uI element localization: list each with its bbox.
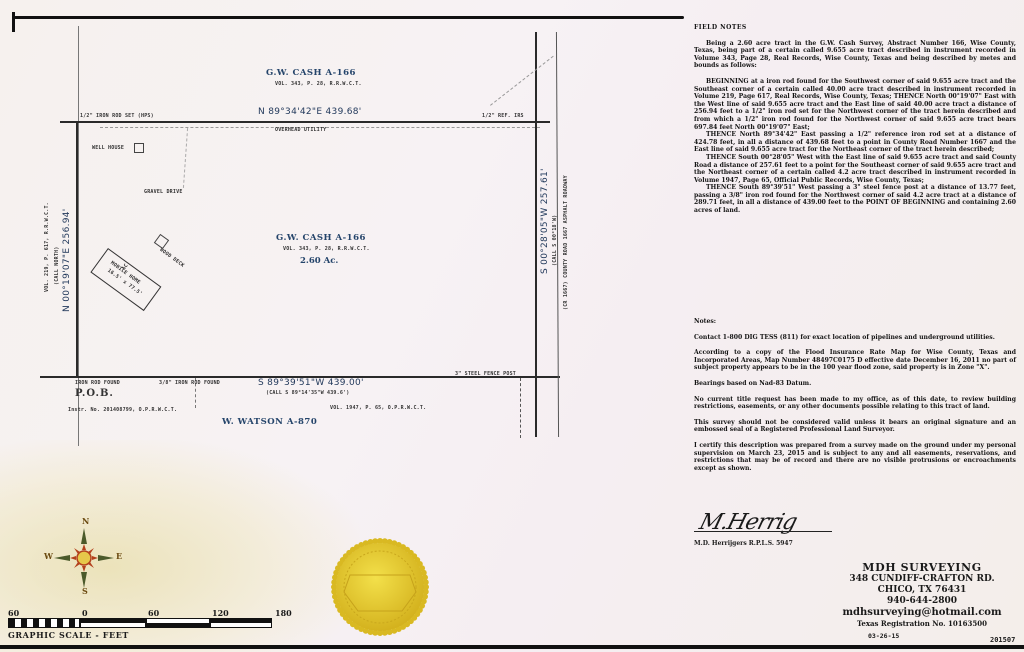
county-road-label: (CR 1667) COUNTY ROAD 1667 ASPHALT ROADW… bbox=[563, 175, 569, 310]
field-notes-para-3: THENCE South 00°28'05" West with the Eas… bbox=[694, 154, 1016, 184]
mobile-home-shape: MOBILE HOME 16.5' x 77.5' bbox=[90, 248, 161, 311]
overhead-utility-label: OVERHEAD UTILITY bbox=[275, 127, 326, 133]
field-notes-heading: FIELD NOTES bbox=[694, 24, 1016, 32]
north-boundary-line bbox=[60, 121, 550, 123]
surveyor-name: M.D. Herrijgers R.P.L.S. 5947 bbox=[694, 540, 793, 547]
notes-heading: Notes: bbox=[694, 318, 1016, 326]
south-abstract-name: W. WATSON A-870 bbox=[222, 417, 317, 427]
wood-deck-label: WOOD DECK bbox=[158, 247, 185, 269]
compass-north: N bbox=[82, 516, 89, 526]
company-phone: 940-644-2800 bbox=[820, 596, 1024, 607]
fence-line bbox=[520, 378, 521, 438]
note-5: I certify this description was prepared … bbox=[694, 442, 1016, 472]
west-line-call: (CALL NORTH) bbox=[54, 246, 60, 285]
field-notes-para-2: THENCE North 89°34'42" East passing a 1/… bbox=[694, 131, 1016, 154]
company-city: CHICO, TX 76431 bbox=[820, 585, 1024, 596]
north-east-monument: 1/2" REF. IRS bbox=[482, 113, 524, 119]
scale-caption: GRAPHIC SCALE - FEET bbox=[8, 630, 129, 640]
field-notes: FIELD NOTES Being a 2.60 acre tract in t… bbox=[694, 24, 1016, 215]
north-west-monument: 1/2" IRON ROD SET (HPS) bbox=[80, 113, 154, 119]
road-curve-line bbox=[490, 56, 554, 106]
west-line-bearing: N 00°19'07"E 256.94' bbox=[62, 208, 72, 312]
scale-bar-checker bbox=[8, 618, 80, 628]
field-notes-para-1: BEGINNING at a iron rod found for the So… bbox=[694, 78, 1016, 131]
utility-drop-line bbox=[183, 128, 188, 188]
tract-acreage: 2.60 Ac. bbox=[300, 256, 338, 266]
note-0: Contact 1-800 DIG TESS (811) for exact l… bbox=[694, 334, 1016, 342]
field-notes-para-4: THENCE South 89°39'51" West passing a 3"… bbox=[694, 184, 1016, 214]
east-line-call: (CALL S 00°18'W) bbox=[552, 215, 558, 266]
scale-tick-2: 60 bbox=[148, 608, 159, 618]
note-2: Bearings based on Nad-83 Datum. bbox=[694, 380, 1016, 388]
note-4: This survey should not be considered val… bbox=[694, 419, 1016, 434]
field-notes-para-0: Being a 2.60 acre tract in the G.W. Cash… bbox=[694, 40, 1016, 70]
scale-bar-seg-1 bbox=[80, 618, 146, 628]
tract-record: VOL. 343, P. 28, R.R.W.C.T. bbox=[283, 246, 370, 252]
scale-bar-seg-3 bbox=[210, 618, 272, 628]
pob-instrument: Instr. No. 201408799, O.P.R.W.C.T. bbox=[68, 407, 177, 413]
south-line-call: (CALL S 89°14'35"W 439.6') bbox=[266, 390, 349, 396]
south-east-monument: 3" STEEL FENCE POST bbox=[455, 371, 516, 377]
company-address: 348 CUNDIFF-CRAFTON RD. bbox=[820, 574, 1024, 585]
south-west-monument: IRON ROD FOUND bbox=[75, 380, 120, 386]
job-number: 201507 bbox=[990, 636, 1015, 644]
west-adjoiner-record: VOL. 219, P. 617, R.R.W.C.T. bbox=[44, 202, 50, 292]
gravel-drive-label: GRAVEL DRIVE bbox=[144, 189, 183, 195]
north-abstract-name: G.W. CASH A-166 bbox=[266, 68, 356, 78]
compass-east: E bbox=[116, 551, 122, 561]
notes-section: Notes: Contact 1-800 DIG TESS (811) for … bbox=[694, 318, 1016, 480]
south-mid-monument: 3/8" IRON ROD FOUND bbox=[159, 380, 220, 386]
company-email: mdhsurveying@hotmail.com bbox=[820, 607, 1024, 619]
scale-bar-seg-2 bbox=[146, 618, 210, 628]
compass-rose-icon bbox=[52, 526, 116, 590]
tract-name: G.W. CASH A-166 bbox=[276, 233, 366, 243]
note-1: According to a copy of the Flood Insuran… bbox=[694, 349, 1016, 372]
south-line-bearing: S 89°39'51"W 439.00' bbox=[258, 378, 364, 388]
embossed-seal-icon bbox=[330, 537, 430, 637]
east-boundary-line bbox=[535, 32, 537, 437]
company-registration: Texas Registration No. 10163500 bbox=[820, 619, 1024, 629]
scale-tick-3: 120 bbox=[212, 608, 229, 618]
scale-tick-1: 0 bbox=[82, 608, 88, 618]
note-3: No current title request has been made t… bbox=[694, 396, 1016, 411]
east-line-bearing: S 00°28'05"W 257.61' bbox=[540, 168, 550, 274]
north-abstract-record: VOL. 343, P. 28, R.R.W.C.T. bbox=[275, 81, 362, 87]
pob-label: P.O.B. bbox=[75, 388, 114, 399]
north-arrow: N S E W bbox=[40, 516, 130, 606]
company-name: MDH SURVEYING bbox=[820, 561, 1024, 574]
well-house-shape bbox=[134, 143, 144, 153]
scale-tick-4: 180 bbox=[275, 608, 292, 618]
scale-tick-0: 60 bbox=[8, 608, 19, 618]
survey-date: 03-26-15 bbox=[868, 632, 899, 640]
south-adjoiner-record: VOL. 1947, P. 65, O.P.R.W.C.T. bbox=[330, 405, 426, 411]
north-line-bearing: N 89°34'42"E 439.68' bbox=[258, 107, 362, 117]
company-block: MDH SURVEYING 348 CUNDIFF-CRAFTON RD. CH… bbox=[820, 561, 1024, 629]
well-house-label: WELL HOUSE bbox=[92, 145, 124, 151]
signature-line bbox=[694, 531, 832, 532]
west-boundary-line bbox=[76, 121, 78, 378]
